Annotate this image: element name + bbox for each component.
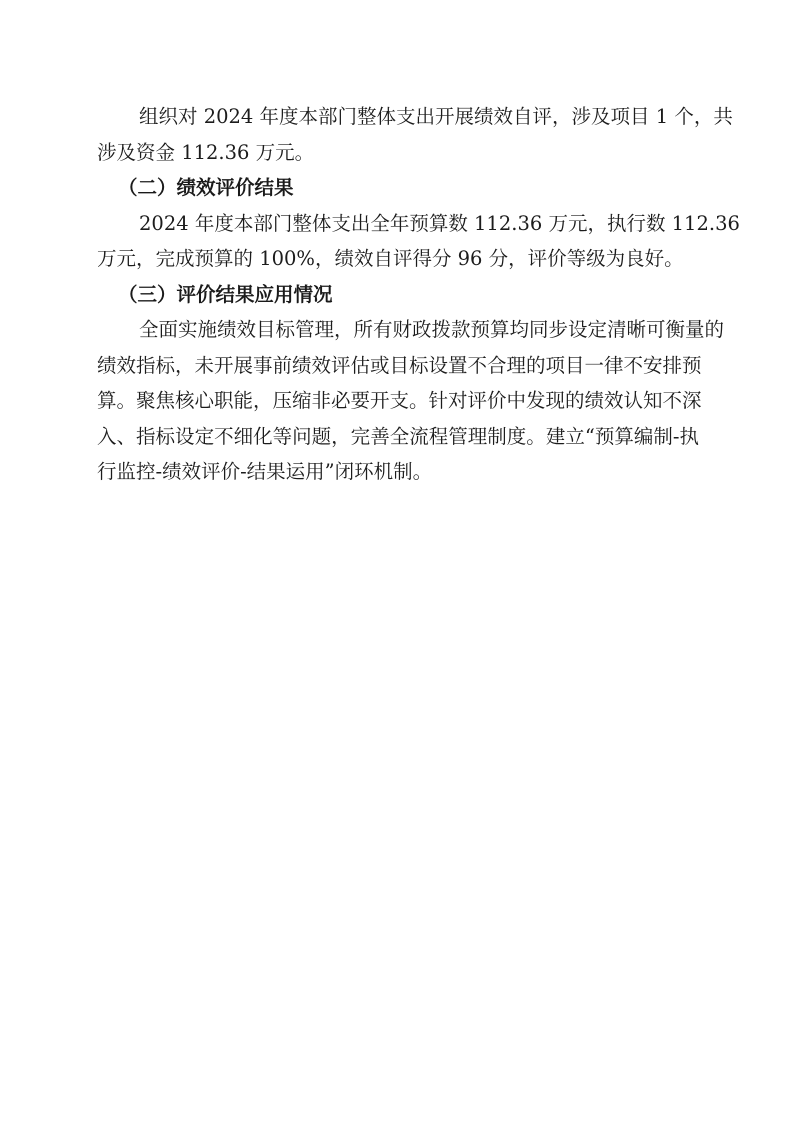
- paragraph-1-line-1: 组织对 2024 年度本部门整体支出开展绩效自评，涉及项目 1 个，共: [139, 99, 699, 135]
- paragraph-3-line-5: 行监控-绩效评价-结果运用”闭环机制。: [97, 454, 699, 490]
- paragraph-3-line-2: 绩效指标，未开展事前绩效评估或目标设置不合理的项目一律不安排预: [97, 348, 699, 384]
- paragraph-2-line-2: 万元，完成预算的 100%，绩效自评得分 96 分，评价等级为良好。: [97, 241, 699, 277]
- paragraph-3-line-4: 入、指标设定不细化等问题，完善全流程管理制度。建立“预算编制-执: [97, 419, 699, 455]
- paragraph-2-line-1: 2024 年度本部门整体支出全年预算数 112.36 万元，执行数 112.36: [139, 206, 699, 242]
- document-page: 组织对 2024 年度本部门整体支出开展绩效自评，涉及项目 1 个，共 涉及资金…: [0, 0, 793, 1122]
- paragraph-3-line-1: 全面实施绩效目标管理，所有财政拨款预算均同步设定清晰可衡量的: [139, 312, 699, 348]
- paragraph-1-line-2: 涉及资金 112.36 万元。: [97, 135, 699, 171]
- paragraph-3-line-3: 算。聚焦核心职能，压缩非必要开支。针对评价中发现的绩效认知不深: [97, 383, 699, 419]
- section-heading-results-application: （三）评价结果应用情况: [118, 277, 333, 313]
- section-heading-performance-results: （二）绩效评价结果: [118, 170, 294, 206]
